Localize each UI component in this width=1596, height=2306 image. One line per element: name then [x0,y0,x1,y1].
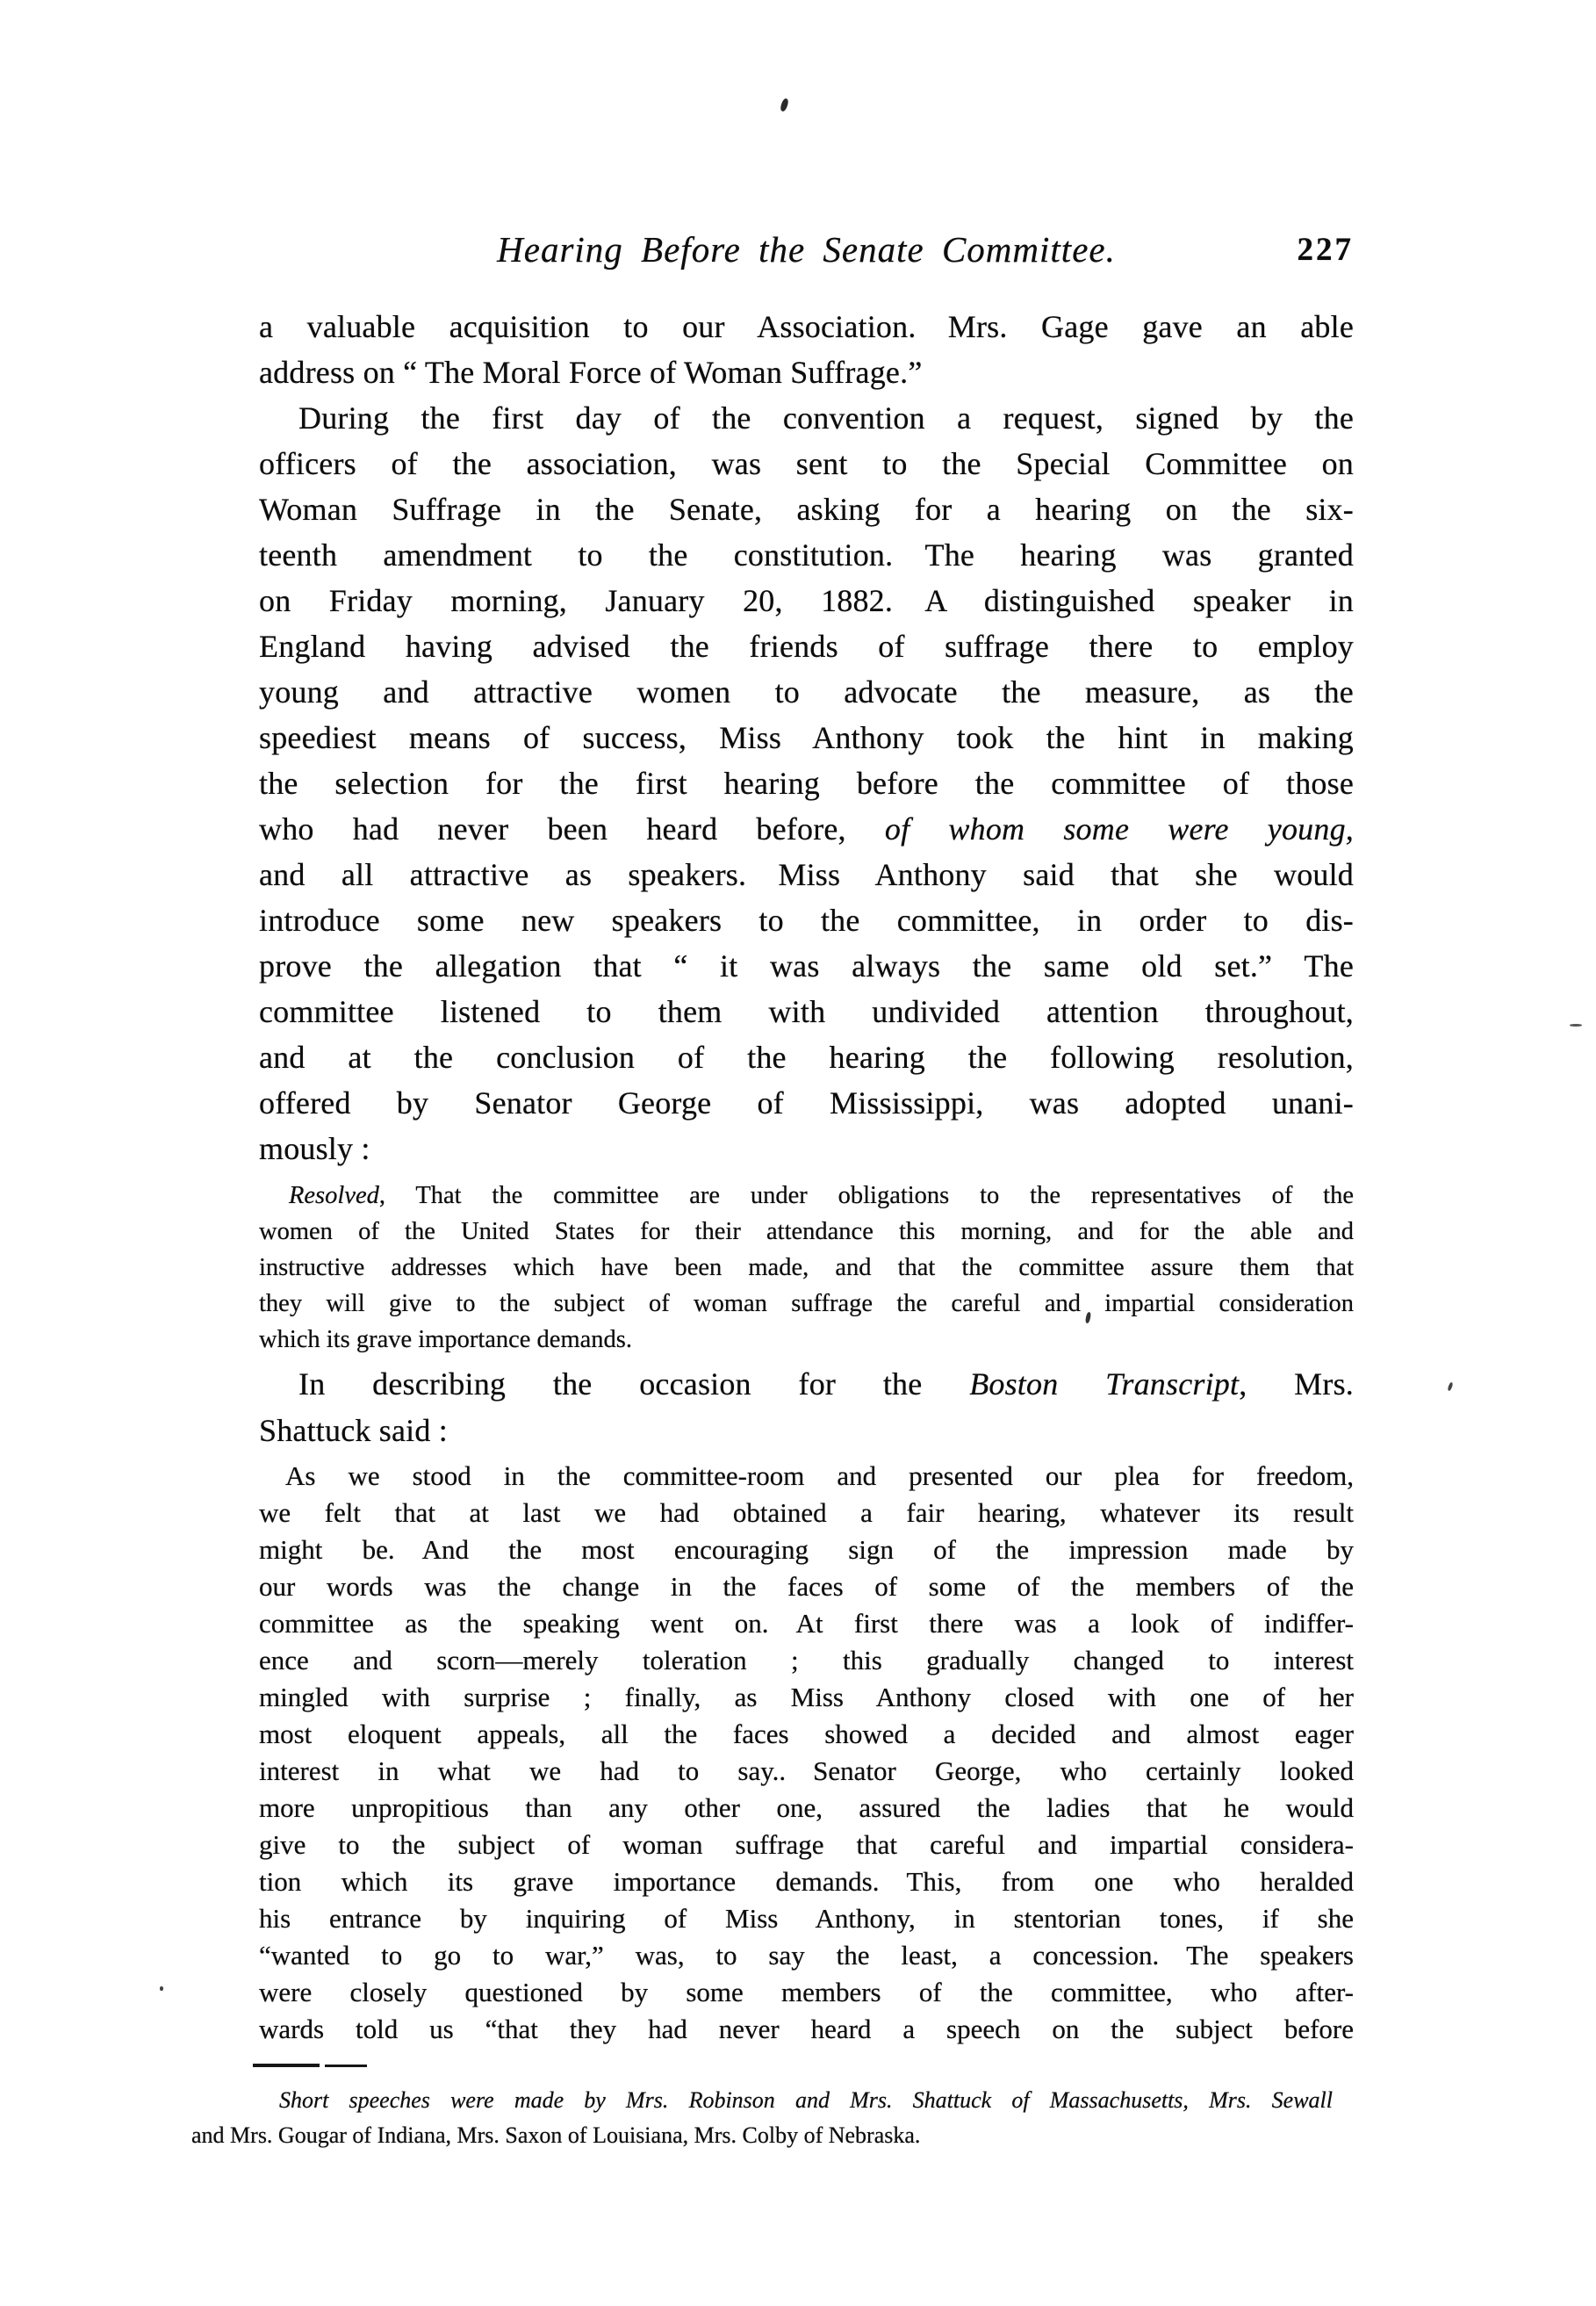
text-line: who had never been heard before, of whom… [259,806,1354,852]
text-line: women of the United States for their att… [259,1214,1354,1250]
text-line: introduce some new speakers to the commi… [259,897,1354,943]
text-line: Woman Suffrage in the Senate, asking for… [259,486,1354,532]
footnote-block: Short speeches were made by Mrs. Robinso… [191,2083,1333,2153]
text-line: Short speeches were made by Mrs. Robinso… [191,2083,1333,2118]
text-line: and at the conclusion of the hearing the… [259,1034,1354,1080]
footnote-divider-segment [325,2065,367,2067]
quoted-extract: As we stood in the committee-room and pr… [259,1458,1354,2048]
text-line: speediest means of success, Miss Anthony… [259,715,1354,760]
text-line: As we stood in the committee-room and pr… [259,1458,1354,1495]
text-line: the selection for the first hearing befo… [259,760,1354,806]
resolution-block: Resolved, That the committee are under o… [259,1178,1354,1358]
text-line: In describing the occasion for the Bosto… [259,1361,1354,1408]
text-line: young and attractive women to advocate t… [259,669,1354,715]
text-line: most eloquent appeals, all the faces sho… [259,1716,1354,1753]
text-line: wards told us “that they had never heard… [259,2011,1354,2048]
text-line: “wanted to go to war,” was, to say the l… [259,1937,1354,1974]
text-line: mously : [259,1126,1354,1171]
text-line: During the first day of the convention a… [259,395,1354,441]
text-line: tion which its grave importance demands.… [259,1863,1354,1900]
text-line: were closely questioned by some members … [259,1974,1354,2011]
intro-paragraph: In describing the occasion for the Bosto… [259,1361,1354,1454]
scan-artifact [160,1986,163,1991]
text-line: Shattuck said : [259,1408,1354,1454]
main-paragraphs: a valuable acquisition to our Associatio… [259,304,1354,1171]
running-head: Hearing Before the Senate Committee. 227 [259,228,1354,283]
text-line: Resolved, That the committee are under o… [259,1178,1354,1214]
text-line: offered by Senator George of Mississippi… [259,1080,1354,1126]
page-header-title: Hearing Before the Senate Committee. [259,228,1354,270]
scan-artifact [1570,1024,1582,1027]
text-line: on Friday morning, January 20, 1882. A d… [259,578,1354,623]
text-line: committee as the speaking went on. At fi… [259,1605,1354,1642]
text-line: England having advised the friends of su… [259,623,1354,669]
text-line: and Mrs. Gougar of Indiana, Mrs. Saxon o… [191,2118,1333,2153]
text-line: teenth amendment to the constitution. Th… [259,532,1354,578]
text-line: address on “ The Moral Force of Woman Su… [259,350,1354,395]
text-line: committee listened to them with undivide… [259,989,1354,1034]
text-line: instructive addresses which have been ma… [259,1250,1354,1286]
text-line: and all attractive as speakers. Miss Ant… [259,852,1354,897]
footnote-divider-segment [253,2064,320,2067]
text-line: we felt that at last we had obtained a f… [259,1495,1354,1531]
scan-artifact [780,97,789,112]
text-line: our words was the change in the faces of… [259,1568,1354,1605]
text-line: officers of the association, was sent to… [259,441,1354,486]
page-number: 227 [1298,231,1355,269]
text-line: mingled with surprise ; finally, as Miss… [259,1679,1354,1716]
text-line: they will give to the subject of woman s… [259,1286,1354,1322]
text-line: which its grave importance demands. [259,1322,1354,1358]
text-line: interest in what we had to say.. Senator… [259,1753,1354,1790]
book-page: Hearing Before the Senate Committee. 227… [0,0,1596,2306]
text-line: more unpropitious than any other one, as… [259,1790,1354,1827]
text-line: ence and scorn—merely toleration ; this … [259,1642,1354,1679]
text-line: prove the allegation that “ it was alway… [259,943,1354,989]
scan-artifact [1447,1382,1453,1392]
text-line: a valuable acquisition to our Associatio… [259,304,1354,350]
text-line: might be. And the most encouraging sign … [259,1531,1354,1568]
footnote-divider [253,2063,369,2069]
text-line: give to the subject of woman suffrage th… [259,1827,1354,1863]
text-line: his entrance by inquiring of Miss Anthon… [259,1900,1354,1937]
